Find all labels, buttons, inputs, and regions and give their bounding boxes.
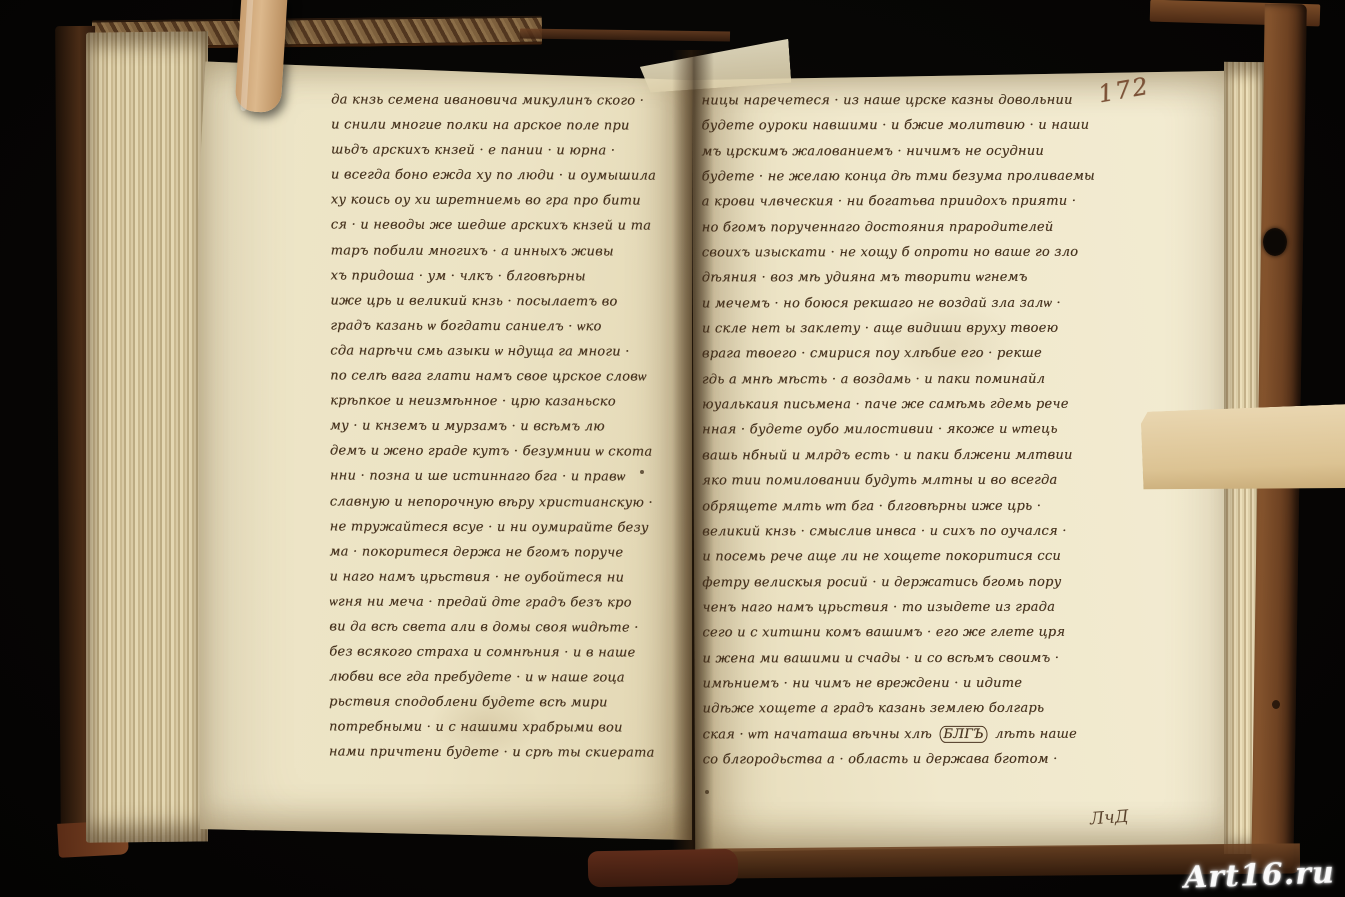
manuscript-text-line: вашь нбный и млрдъ есть · и паки блжени … [702, 442, 1098, 468]
manuscript-text-line: по селѣ вага глати намъ свое црское слов… [330, 363, 680, 389]
manuscript-text-line: будете оуроки навшими · и бжие молитвию … [701, 113, 1097, 139]
spine-tail [588, 849, 739, 888]
manuscript-text-line: гдь а мнѣ мѣсть · а воздамь · и паки пом… [702, 366, 1098, 392]
manuscript-text-line: обрящете млть ѡт бга · блговѣрны иже црь… [702, 493, 1098, 519]
manuscript-text-line: демъ и жено граде кутъ · безумнии ѡ скот… [330, 439, 680, 465]
manuscript-text-line: мъ црскимъ жалованиемъ · ничимъ не осудн… [701, 138, 1097, 164]
manuscript-text-line: ницы наречетеся · из наше црске казны до… [701, 88, 1097, 114]
manuscript-text-line: великий кнзь · смыслив инвса · и сихъ по… [702, 518, 1098, 544]
manuscript-text-line: дѣяния · воз мѣ удияна мъ творити ѡгнемъ [702, 265, 1098, 291]
wooden-bookmark-stick [234, 0, 287, 113]
manuscript-text-line: и мечемъ · но боюся рекшаго не воздай зл… [702, 290, 1098, 316]
manuscript-text-line: ченъ наго намъ црьствия · то изыдете из … [702, 595, 1098, 621]
manuscript-text-line: крѣпкое и неизмѣнное · црю казаньско [330, 389, 680, 415]
manuscript-text-line: шьдъ арскихъ кнзей · е пании · и юрна · [331, 138, 681, 164]
manuscript-text-line: сда нарѣчи смь азыки ѡ ндуща га многи · [330, 338, 680, 364]
manuscript-text-line: любви все гда пребудете · и ѡ наше гоца [329, 665, 679, 691]
manuscript-text-line: не тружайтеся всуе · и ни оумирайте безу [330, 514, 680, 540]
boxed-word: БЛГЪ [939, 725, 987, 742]
manuscript-text-line: нами причтени будете · и срѣ ты скиерата [329, 740, 679, 766]
manuscript-text-line: таръ побили многихъ · а инныхъ живы [331, 238, 681, 264]
manuscript-text-line: ся · и неводы же шедше арскихъ кнзей и т… [331, 213, 681, 239]
manuscript-text-line: да кнзь семена ивановича микулинъ ского … [331, 87, 681, 113]
manuscript-text-line: сего и с хитшни комъ вашимъ · его же гле… [702, 620, 1098, 646]
manuscript-text-line: а крови члвческия · ни богатьва приидохъ… [702, 189, 1098, 215]
manuscript-text-line: му · и кнземъ и мурзамъ · и всѣмъ лю [330, 414, 680, 440]
manuscript-text-line: юуалькаия письмена · паче же самѣмь гдем… [702, 392, 1098, 418]
manuscript-text-line: со блгородьства а · область и держава бг… [703, 747, 1099, 773]
page-stack-fore-edge [86, 31, 208, 842]
manuscript-text-line: ская · ѡт начаташа вѣчны хлѣ БЛГЪ лѣть н… [703, 721, 1099, 747]
book-top-cover-edge [520, 29, 730, 42]
manuscript-text-line: славную и непорочную вѣру христианскую · [330, 489, 680, 515]
manuscript-text-line: и всегда боно ежда ху по люди · и оумыши… [331, 163, 681, 189]
manuscript-text-line: ху коись оу хи шретниемь во гра про бити [331, 188, 681, 214]
manuscript-text-line: рьствия сподоблени будете всѣ мири [329, 690, 679, 716]
wooden-ruler-bookmark [1140, 404, 1345, 496]
manuscript-text-line: фетру велискыя росий · и держатись бгомь… [702, 569, 1098, 595]
manuscript-text-line: имѣниемъ · ни чимъ не вреждени · и идите [702, 671, 1098, 697]
manuscript-text-line: градъ казань ѡ богдати саниелъ · ѡко [330, 313, 680, 339]
manuscript-text-line: но бгомъ порученнаго достояния прародите… [702, 214, 1098, 240]
manuscript-text-line: нная · будете оубо милостивии · якоже и … [702, 417, 1098, 443]
manuscript-text-line: ѡгня ни меча · предай дте градъ безъ кро [329, 589, 679, 615]
quire-mark: ЛчД [1089, 807, 1129, 830]
watermark: Art16.ru [1184, 855, 1336, 895]
manuscript-text-line: потребными · и с нашими храбрыми вои [329, 715, 679, 741]
manuscript-text-line: и посемь рече аще ли не хощете покоритис… [702, 544, 1098, 570]
cover-dark-speck [1272, 700, 1280, 709]
manuscript-text-line: хъ придоша · ум · члкъ · блговѣрны [330, 263, 680, 289]
photo-of-open-manuscript-book: да кнзь семена ивановича микулинъ ского … [0, 0, 1345, 897]
manuscript-text-line: яко тии помиловании будуть млтны и во вс… [702, 468, 1098, 494]
manuscript-text-line: без всякого страха и сомнѣния · и в наше [329, 639, 679, 665]
clasp-hole [1263, 228, 1287, 256]
manuscript-text-line: и жена ми вашими и счады · и со всѣмъ св… [702, 645, 1098, 671]
ink-speck [705, 790, 709, 794]
manuscript-text-line: будете · не желаю конца дѣ тми безума пр… [702, 164, 1098, 190]
manuscript-text-line: иже црь и великий кнзь · посылаетъ во [330, 288, 680, 314]
manuscript-text-line: ма · покоритеся держа не бгомъ поруче [330, 539, 680, 565]
manuscript-text-line: ви да всѣ света али в домы своя ѡидѣте · [329, 614, 679, 640]
manuscript-text-line: и скле нет ы заклету · аще видиши вруху … [702, 316, 1098, 342]
manuscript-text-line: своихъ изыскати · не хощу б опроти но ва… [702, 240, 1098, 266]
manuscript-text-right: ницы наречетеся · из наше црске казны до… [701, 88, 1098, 773]
manuscript-text-line: и снили многие полки на арское поле при [331, 112, 681, 138]
manuscript-text-line: и наго намъ црьствия · не оубойтеся ни [329, 564, 679, 590]
manuscript-text-left: да кнзь семена ивановича микулинъ ского … [329, 87, 681, 766]
manuscript-text-line: нни · позна и ше истиннаго бга · и правѡ [330, 464, 680, 490]
manuscript-text-line: идѣже хощете а градъ казань землею болга… [702, 696, 1098, 722]
manuscript-text-line: врага твоего · смирися поу хлѣбие его · … [702, 341, 1098, 367]
